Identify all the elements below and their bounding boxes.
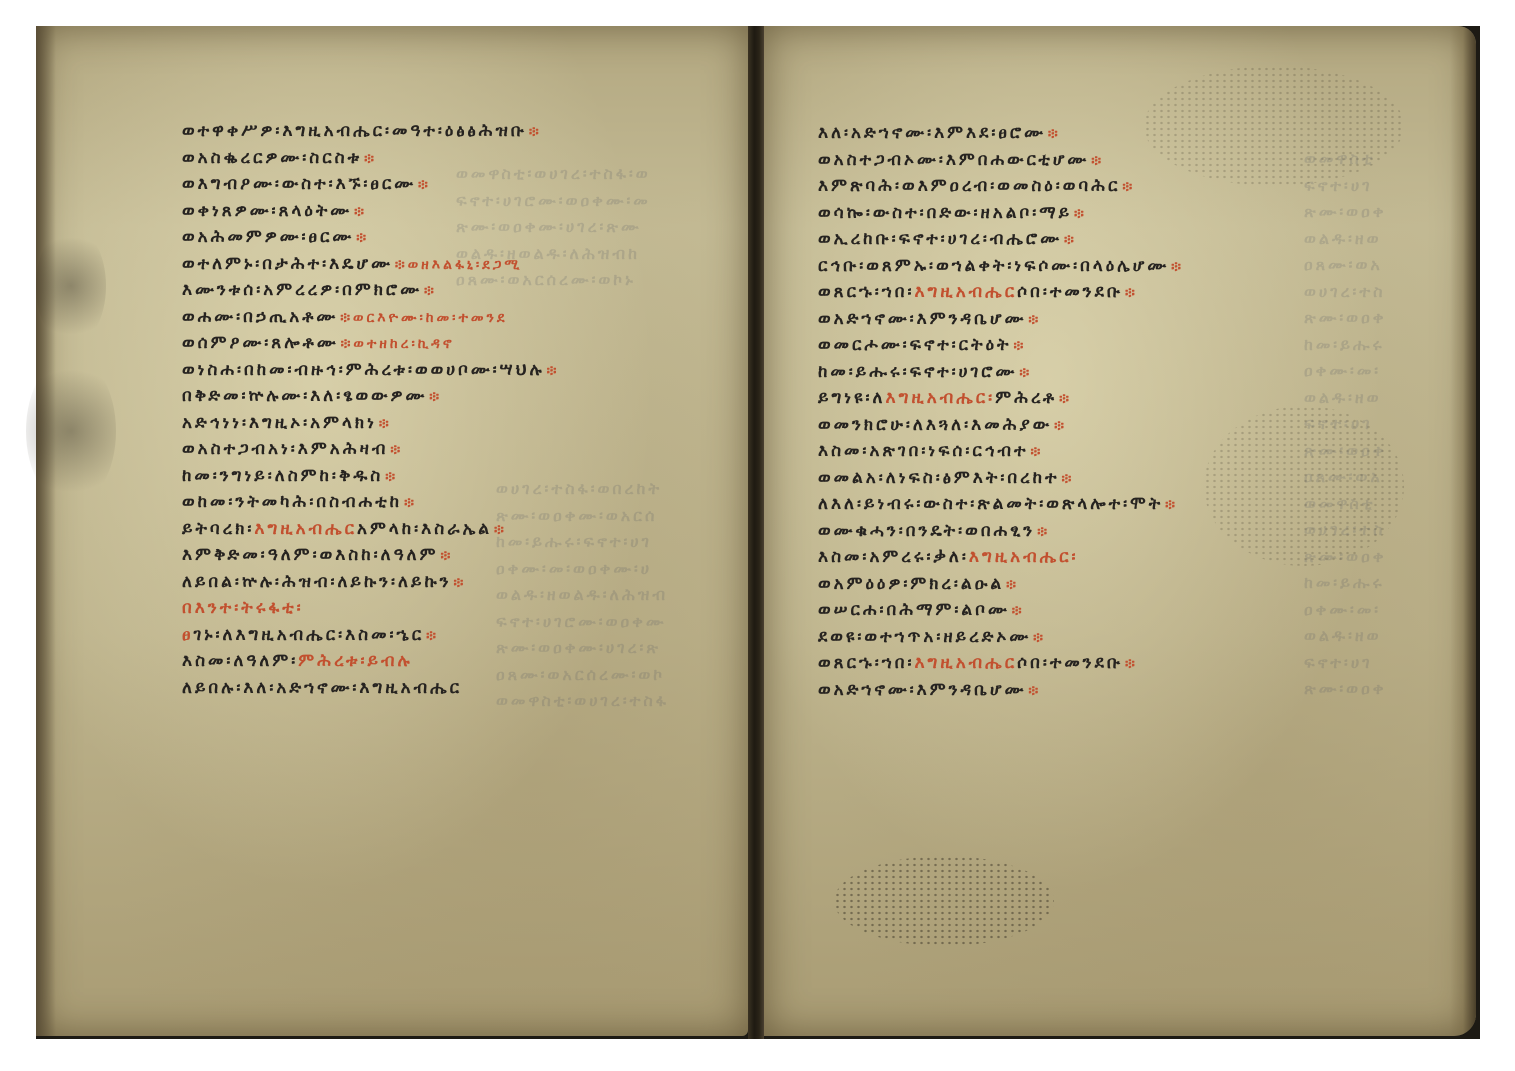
text-line: ከመ፡ንግነይ፡ለስምከ፡ቅዱስ፨ [182,463,559,490]
text-line: ወእግብዖሙ፡ውስተ፡እኙ፡ፀርሙ፨ [182,171,559,198]
text-line: አድኅነነ፡እግዚኦ፡አምላክነ፨ [182,410,559,437]
text-line: ወቀነጸዎሙ፡ጸላዕትሙ፨ [182,198,559,225]
text-line: እምጽባሕ፡ወእምዐረብ፡ወመስዕ፡ወባሕር፨ [818,173,1184,200]
text-line: ወአስቈረርዎሙ፡ስርስቱ፨ [182,145,559,172]
left-page-text: ወተዋቀሥዎ፡እግዚአብሔር፡መዓተ፡ዕፅፅሕዝቡ፨ ወአስቈረርዎሙ፡ስርስቱ… [182,118,559,701]
text-line: ወሙቁሓን፡በንዴት፡ወበሐፂን፨ [818,518,1184,545]
left-page: ወመዋስቲ፡ወሀገረ፡ተስፋ፡ወፍኖተ፡ሀገሮሙ፡ወዐቀሙ፡መጽሙ፡ወዐቀሙ፡ሀ… [36,26,748,1036]
text-line-with-rubric: ወጸርኁ፡ኀበ፡እግዚአብሔርሶበ፡ተመንደቡ፨ [818,650,1184,677]
right-page: ወመዋስቲፍኖተ፡ሀገጽሙ፡ወዐቀወልዱ፡ዘወዐጸሙ፡ወአወሀገረ፡ተስጽሙ፡ወ… [764,26,1476,1036]
text-line-with-rubric: ይትባረክ፡እግዚአብሔርአምላከ፡እስራኤል፨ [182,516,559,543]
text-line: እምቅድመ፡ዓለም፡ወእስከ፡ለዓለም፨ [182,542,559,569]
text-line: ወአስተጋብአነ፡እምአሕዛብ፨ [182,436,559,463]
left-page-edge [36,26,56,1036]
rubric: እግዚአብሔር፡ [969,547,1079,567]
text-line: ወአምዕዕዎ፡ምክረ፡ልዑል፨ [818,571,1184,598]
text-line: ወሠርሐ፡በሕማም፡ልቦሙ፨ [818,597,1184,624]
text-line-with-rubric: እስመ፡አምረሩ፡ቃለ፡እግዚአብሔር፡ [818,544,1184,571]
right-page-edge [1450,26,1476,1036]
text-line: ወተለምኑ፡በታሕተ፡እዴሆሙ፨ወዘእልፋኒ፡ደጋሚ [182,251,559,278]
stain [36,226,106,346]
text-line: ወአሕመምዎሙ፡ፀርሙ፨ [182,224,559,251]
manuscript-scan: ወመዋስቲ፡ወሀገረ፡ተስፋ፡ወፍኖተ፡ሀገሮሙ፡ወዐቀሙ፡መጽሙ፡ወዐቀሙ፡ሀ… [36,26,1480,1039]
text-line: ርኅቡ፡ወጸምኡ፡ወኀልቀት፡ነፍሶሙ፡በላዕሌሆሙ፨ [818,253,1184,280]
right-page-text: እለ፡አድኀኖሙ፡እምእደ፡ፀሮሙ፨ ወአስተጋብኦሙ፡እምበሐውርቲሆሙ፨ እ… [818,120,1184,703]
text-line-with-rubric: እስመ፡ለዓለም፡ምሕረቱ፡ይብሉ [182,648,559,675]
rubric: እግዚአብሔር፡ [886,388,996,408]
rubric: እግዚአብሔር [914,282,1017,302]
text-line: በቅድመ፡ኵሉሙ፡እለ፡ፄወውዎሙ፨ [182,383,559,410]
text-line: ወአድኀኖሙ፡እምንዳቤሆሙ፨ [818,677,1184,704]
text-line-with-rubric: ይግነዩ፡ለእግዚአብሔር፡ምሕረቶ፨ [818,385,1184,412]
text-line: እለ፡አድኀኖሙ፡እምእደ፡ፀሮሙ፨ [818,120,1184,147]
rubric-initial: ፀ [182,625,193,645]
text-line: ወአድኀኖሙ፡እምንዳቤሆሙ፨ [818,306,1184,333]
rubric: እግዚአብሔር [914,653,1017,673]
text-line: ወሳኰ፡ውስተ፡በድው፡ዘአልቦ፡ማይ፨ [818,200,1184,227]
text-line: ወከመ፡ንትመካሕ፡በስብሐቲከ፨ [182,489,559,516]
text-line: እሙንቱሰ፡አምረረዎ፡በምክሮሙ፨ [182,277,559,304]
text-line: ወሐሙ፡በኃጢአቶሙ፨ወርእዮሙ፡ከመ፡ተመንደ [182,304,559,331]
text-line: ወመንክሮሁ፡ለእጓለ፡እመሕያው፨ [818,412,1184,439]
text-line-with-rubric: ወጸርኁ፡ኀበ፡እግዚአብሔርሶበ፡ተመንደቡ፨ [818,279,1184,306]
book-gutter [748,26,764,1039]
text-line: ለይበሉ፡እለ፡አድኀኖሙ፡እግዚአብሔር [182,675,559,702]
text-line: ወሰምዖሙ፡ጸሎቶሙ፨ወተዘከረ፡ኪዳኖ [182,330,559,357]
rubric: እግዚአብሔር [254,519,357,539]
text-line: ለይበል፡ኵሉ፡ሕዝብ፡ለይኩን፡ለይኩን፨ [182,569,559,596]
text-line: እስመ፡አጽገበ፡ነፍሰ፡ርኅብተ፨ [818,438,1184,465]
text-line: ለእለ፡ይነብሩ፡ውስተ፡ጽልመት፡ወጽላሎተ፡ሞት፨ [818,491,1184,518]
foxing-spots [834,856,1054,946]
text-line-with-rubric: ፀገኑ፡ለእግዚአብሔር፡እስመ፡ኄር፨ [182,622,559,649]
text-line: ከመ፡ይሑሩ፡ፍኖተ፡ሀገሮሙ፨ [818,359,1184,386]
text-line: ወነስሐ፡በከመ፡ብዙኅ፡ምሕረቱ፡ወወሀቦሙ፡ሣህሉ፨ [182,357,559,384]
text-line: ወአስተጋብኦሙ፡እምበሐውርቲሆሙ፨ [818,147,1184,174]
text-line: ወኢረከቡ፡ፍኖተ፡ሀገረ፡ብሔሮሙ፨ [818,226,1184,253]
foxing-spots [1204,406,1404,566]
rubric: ምሕረቱ፡ይብሉ [298,651,412,671]
text-line: ወመርሖሙ፡ፍኖተ፡ርትዕት፨ [818,332,1184,359]
text-line: ወመልአ፡ለነፍስ፡ፅምእት፡በረከተ፨ [818,465,1184,492]
text-line: ወተዋቀሥዎ፡እግዚአብሔር፡መዓተ፡ዕፅፅሕዝቡ፨ [182,118,559,145]
text-line: ደወዩ፡ወተኀጥአ፡ዘይረድኦሙ፨ [818,624,1184,651]
stain [26,356,116,506]
rubric-heading: በእንተ፡ትሩፋቲ፡ [182,595,559,622]
rubric: በእንተ፡ትሩፋቲ፡ [182,598,304,618]
